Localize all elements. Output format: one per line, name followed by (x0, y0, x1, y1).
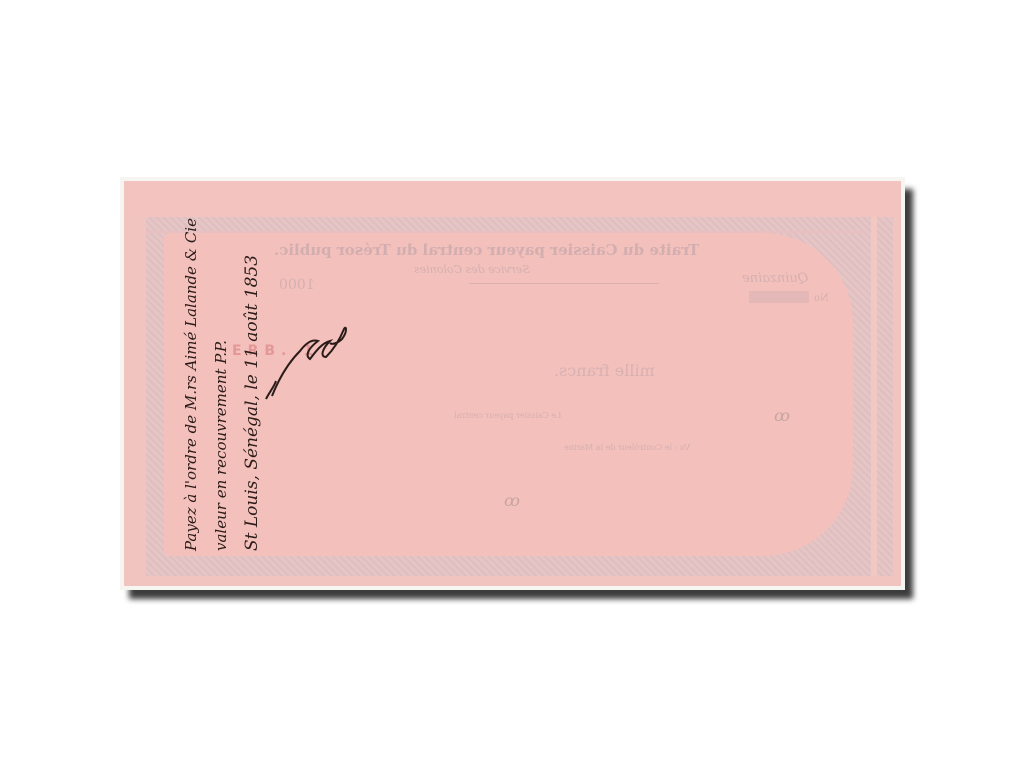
top-band (124, 181, 901, 217)
printed-stamp-fragment: 1000 (279, 277, 315, 293)
printed-title: Traite du Caissier payeur central du Tré… (274, 241, 699, 259)
faint-signature-right: ꝏ (774, 406, 790, 425)
printed-right-title: Quinzaine (742, 271, 808, 286)
printed-rule (469, 283, 659, 284)
faint-signature-bottom: ꝏ (504, 491, 520, 510)
printed-amount: mille francs. (554, 361, 655, 380)
document-sheet: Traite du Caissier payeur central du Tré… (120, 177, 905, 590)
printed-cashier: Le Caissier payeur central (454, 411, 561, 420)
number-label: No (814, 293, 829, 304)
frame-top-line (146, 217, 867, 233)
paper: Traite du Caissier payeur central du Tré… (124, 181, 901, 586)
printed-subtitle: Service des Colonies (414, 263, 530, 276)
endorsement-line-1: Payez à l'ordre de M.rs Aimé Lalande & C… (182, 218, 200, 551)
frame-divider (871, 217, 877, 576)
endorsement-line-3: St Louis, Sénégal, le 11 août 1853 (242, 255, 262, 551)
number-box (749, 291, 809, 303)
endorsement-line-2: valeur en recouvrement P.P. (212, 340, 230, 551)
signature-flourish (260, 321, 350, 401)
printed-controller: Vu : le Contrôleur de la Marine (564, 443, 690, 452)
